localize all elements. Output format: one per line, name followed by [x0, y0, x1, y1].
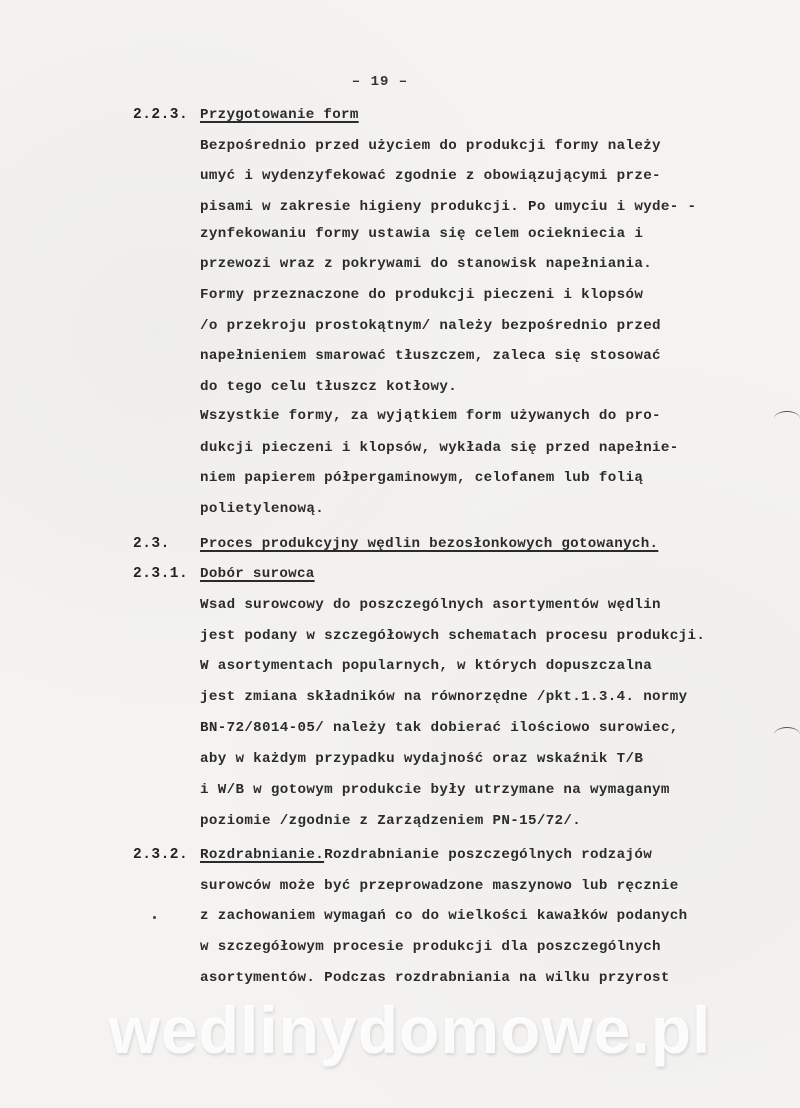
paragraph-line: Wsad surowcowy do poszczególnych asortym…: [200, 597, 661, 613]
paragraph-line: asortymentów. Podczas rozdrabniania na w…: [200, 970, 670, 986]
paragraph-line: jest zmiana składników na równorzędne /p…: [200, 689, 688, 705]
paragraph-line: aby w każdym przypadku wydajność oraz ws…: [200, 751, 643, 767]
paragraph-line: niem papierem półpergaminowym, celofanem…: [200, 470, 643, 486]
paragraph-line: i W/B w gotowym produkcie były utrzymane…: [200, 782, 670, 798]
paragraph-line: surowców może być przeprowadzone maszyno…: [200, 878, 679, 894]
section-number: 2.3.1.: [133, 566, 188, 582]
paragraph-line: przewozi wraz z pokrywami do stanowisk n…: [200, 256, 652, 272]
page-number: – 19 –: [0, 74, 760, 90]
section-number: 2.3.: [133, 536, 170, 552]
paragraph-line: Formy przeznaczone do produkcji pieczeni…: [200, 287, 643, 303]
paragraph-line: napełnieniem smarować tłuszczem, zaleca …: [200, 348, 661, 364]
paragraph-line: BN-72/8014-05/ należy tak dobierać ilośc…: [200, 720, 679, 736]
paragraph-line: Bezpośrednio przed użyciem do produkcji …: [200, 138, 661, 154]
speck: [153, 916, 156, 919]
paragraph-line: /o przekroju prostokątnym/ należy bezpoś…: [200, 318, 661, 334]
paragraph-text: Rozdrabnianie poszczególnych rodzajów: [324, 847, 652, 863]
paragraph-line: W asortymentach popularnych, w których d…: [200, 658, 652, 674]
paragraph-line: do tego celu tłuszcz kotłowy.: [200, 379, 457, 395]
paragraph-line: Wszystkie formy, za wyjątkiem form używa…: [200, 408, 661, 424]
section-number: 2.3.2.: [133, 847, 188, 863]
punch-hole-mark: [774, 727, 800, 742]
section-title: Przygotowanie form: [200, 107, 359, 123]
paragraph-line: polietylenową.: [200, 501, 324, 517]
section-title: Rozdrabnianie.: [200, 847, 324, 863]
paragraph-line: z zachowaniem wymagań co do wielkości ka…: [200, 908, 688, 924]
paragraph-line: pisami w zakresie higieny produkcji. Po …: [200, 199, 696, 215]
watermark: wedlinydomowe.pl: [90, 992, 730, 1068]
section-title: Dobór surowca: [200, 566, 315, 582]
paragraph-first-line: Rozdrabnianie.Rozdrabnianie poszczególny…: [200, 847, 652, 863]
paragraph-line: w szczegółowym procesie produkcji dla po…: [200, 939, 661, 955]
punch-hole-mark: [774, 411, 800, 426]
section-title: Proces produkcyjny wędlin bezosłonkowych…: [200, 536, 658, 552]
paragraph-line: poziomie /zgodnie z Zarządzeniem PN-15/7…: [200, 813, 581, 829]
paragraph-line: dukcji pieczeni i klopsów, wykłada się p…: [200, 440, 679, 456]
paragraph-line: zynfekowaniu formy ustawia się celem oci…: [200, 226, 643, 242]
paragraph-line: jest podany w szczegółowych schematach p…: [200, 628, 705, 644]
section-number: 2.2.3.: [133, 107, 188, 123]
paragraph-line: umyć i wydenzyfekować zgodnie z obowiązu…: [200, 168, 661, 184]
